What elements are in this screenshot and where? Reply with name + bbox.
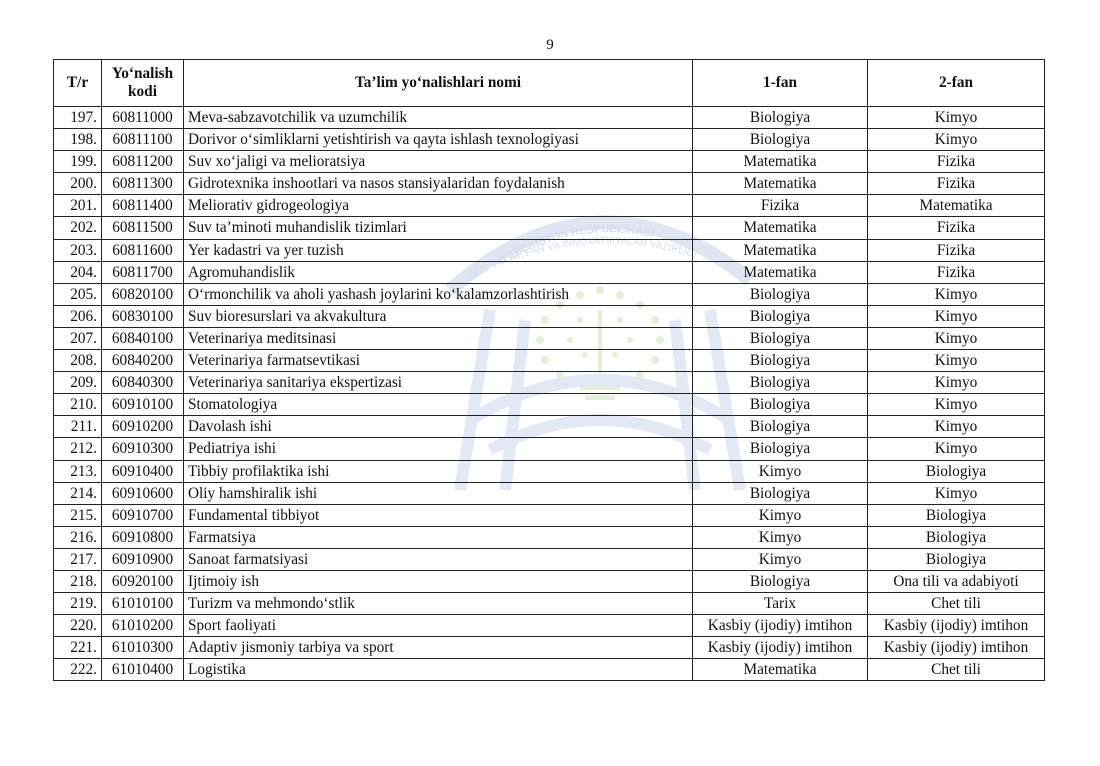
subject-2: Kimyo: [868, 129, 1045, 151]
table-row: 215.60910700Fundamental tibbiyotKimyoBio…: [54, 504, 1045, 526]
table-row: 221.61010300Adaptiv jismoniy tarbiya va …: [54, 637, 1045, 659]
row-number: 200.: [54, 173, 102, 195]
direction-code: 60811700: [102, 261, 184, 283]
direction-code: 61010300: [102, 637, 184, 659]
direction-name: Ijtimoiy ish: [184, 570, 693, 592]
table-body: 197.60811000Meva-sabzavotchilik va uzumc…: [54, 107, 1045, 681]
table-row: 202.60811500Suv ta’minoti muhandislik ti…: [54, 217, 1045, 239]
row-number: 206.: [54, 305, 102, 327]
row-number: 221.: [54, 637, 102, 659]
subject-2: Kimyo: [868, 350, 1045, 372]
header-fan2: 2-fan: [868, 60, 1045, 107]
subject-1: Kasbiy (ijodiy) imtihon: [693, 615, 868, 637]
direction-code: 60910600: [102, 482, 184, 504]
subject-1: Kimyo: [693, 548, 868, 570]
row-number: 208.: [54, 350, 102, 372]
row-number: 203.: [54, 239, 102, 261]
subject-2: Kimyo: [868, 305, 1045, 327]
table-row: 200.60811300Gidrotexnika inshootlari va …: [54, 173, 1045, 195]
table-row: 198.60811100Dorivor o‘simliklarni yetish…: [54, 129, 1045, 151]
subject-1: Biologiya: [693, 327, 868, 349]
row-number: 220.: [54, 615, 102, 637]
direction-name: Suv ta’minoti muhandislik tizimlari: [184, 217, 693, 239]
subject-2: Fizika: [868, 173, 1045, 195]
table-row: 216.60910800FarmatsiyaKimyoBiologiya: [54, 526, 1045, 548]
direction-name: Agromuhandislik: [184, 261, 693, 283]
directions-table: T/r Yo‘nalish kodi Ta’lim yo‘nalishlari …: [53, 59, 1045, 681]
subject-2: Fizika: [868, 217, 1045, 239]
header-fan1: 1-fan: [693, 60, 868, 107]
table-row: 209.60840300Veterinariya sanitariya eksp…: [54, 372, 1045, 394]
direction-code: 61010400: [102, 659, 184, 681]
direction-name: Davolash ishi: [184, 416, 693, 438]
direction-code: 60910100: [102, 394, 184, 416]
subject-2: Kasbiy (ijodiy) imtihon: [868, 615, 1045, 637]
direction-name: Pediatriya ishi: [184, 438, 693, 460]
header-code-line2: kodi: [104, 83, 181, 101]
row-number: 204.: [54, 261, 102, 283]
subject-2: Kimyo: [868, 372, 1045, 394]
subject-2: Kasbiy (ijodiy) imtihon: [868, 637, 1045, 659]
direction-name: Meliorativ gidrogeologiya: [184, 195, 693, 217]
subject-1: Biologiya: [693, 416, 868, 438]
subject-1: Kimyo: [693, 504, 868, 526]
direction-code: 60811500: [102, 217, 184, 239]
direction-code: 60910700: [102, 504, 184, 526]
direction-code: 60811400: [102, 195, 184, 217]
direction-code: 60811100: [102, 129, 184, 151]
subject-1: Biologiya: [693, 570, 868, 592]
direction-code: 60910900: [102, 548, 184, 570]
direction-name: Gidrotexnika inshootlari va nasos stansi…: [184, 173, 693, 195]
row-number: 202.: [54, 217, 102, 239]
direction-name: Veterinariya farmatsevtikasi: [184, 350, 693, 372]
direction-code: 60910300: [102, 438, 184, 460]
direction-name: Adaptiv jismoniy tarbiya va sport: [184, 637, 693, 659]
row-number: 198.: [54, 129, 102, 151]
table-row: 201.60811400Meliorativ gidrogeologiyaFiz…: [54, 195, 1045, 217]
row-number: 199.: [54, 151, 102, 173]
direction-name: Farmatsiya: [184, 526, 693, 548]
subject-1: Kimyo: [693, 460, 868, 482]
direction-name: Dorivor o‘simliklarni yetishtirish va qa…: [184, 129, 693, 151]
table-row: 204.60811700AgromuhandislikMatematikaFiz…: [54, 261, 1045, 283]
direction-code: 61010100: [102, 593, 184, 615]
table-row: 214.60910600Oliy hamshiralik ishiBiologi…: [54, 482, 1045, 504]
subject-2: Biologiya: [868, 460, 1045, 482]
direction-code: 60811200: [102, 151, 184, 173]
subject-2: Kimyo: [868, 394, 1045, 416]
direction-code: 60811300: [102, 173, 184, 195]
direction-name: Sanoat farmatsiyasi: [184, 548, 693, 570]
row-number: 212.: [54, 438, 102, 460]
direction-name: Oliy hamshiralik ishi: [184, 482, 693, 504]
header-name: Ta’lim yo‘nalishlari nomi: [184, 60, 693, 107]
direction-name: Suv xo‘jaligi va melioratsiya: [184, 151, 693, 173]
direction-code: 60840300: [102, 372, 184, 394]
direction-name: Logistika: [184, 659, 693, 681]
table-row: 210.60910100StomatologiyaBiologiyaKimyo: [54, 394, 1045, 416]
subject-2: Biologiya: [868, 526, 1045, 548]
subject-1: Matematika: [693, 173, 868, 195]
subject-2: Kimyo: [868, 438, 1045, 460]
subject-1: Kasbiy (ijodiy) imtihon: [693, 637, 868, 659]
subject-1: Biologiya: [693, 438, 868, 460]
subject-2: Biologiya: [868, 504, 1045, 526]
row-number: 219.: [54, 593, 102, 615]
direction-code: 61010200: [102, 615, 184, 637]
direction-name: Turizm va mehmondo‘stlik: [184, 593, 693, 615]
row-number: 211.: [54, 416, 102, 438]
subject-1: Biologiya: [693, 305, 868, 327]
direction-name: Veterinariya meditsinasi: [184, 327, 693, 349]
header-tr: T/r: [54, 60, 102, 107]
table-row: 217.60910900Sanoat farmatsiyasiKimyoBiol…: [54, 548, 1045, 570]
table-row: 218.60920100Ijtimoiy ishBiologiyaOna til…: [54, 570, 1045, 592]
direction-name: Stomatologiya: [184, 394, 693, 416]
direction-code: 60840200: [102, 350, 184, 372]
table-row: 207.60840100Veterinariya meditsinasiBiol…: [54, 327, 1045, 349]
subject-2: Kimyo: [868, 416, 1045, 438]
direction-code: 60820100: [102, 283, 184, 305]
subject-1: Biologiya: [693, 372, 868, 394]
subject-2: Kimyo: [868, 482, 1045, 504]
subject-1: Biologiya: [693, 482, 868, 504]
subject-2: Kimyo: [868, 327, 1045, 349]
table-row: 213.60910400Tibbiy profilaktika ishiKimy…: [54, 460, 1045, 482]
row-number: 197.: [54, 107, 102, 129]
table-row: 203.60811600Yer kadastri va yer tuzishMa…: [54, 239, 1045, 261]
subject-2: Biologiya: [868, 548, 1045, 570]
subject-2: Ona tili va adabiyoti: [868, 570, 1045, 592]
table-row: 212.60910300Pediatriya ishiBiologiyaKimy…: [54, 438, 1045, 460]
table-row: 208.60840200Veterinariya farmatsevtikasi…: [54, 350, 1045, 372]
row-number: 213.: [54, 460, 102, 482]
table-row: 219.61010100Turizm va mehmondo‘stlikTari…: [54, 593, 1045, 615]
subject-2: Chet tili: [868, 593, 1045, 615]
row-number: 214.: [54, 482, 102, 504]
table-row: 205.60820100O‘rmonchilik va aholi yashas…: [54, 283, 1045, 305]
subject-2: Kimyo: [868, 107, 1045, 129]
table-row: 199.60811200Suv xo‘jaligi va melioratsiy…: [54, 151, 1045, 173]
table-row: 220.61010200Sport faoliyatiKasbiy (ijodi…: [54, 615, 1045, 637]
subject-1: Fizika: [693, 195, 868, 217]
row-number: 222.: [54, 659, 102, 681]
subject-1: Biologiya: [693, 129, 868, 151]
direction-name: O‘rmonchilik va aholi yashash joylarini …: [184, 283, 693, 305]
direction-code: 60910200: [102, 416, 184, 438]
table-row: 197.60811000Meva-sabzavotchilik va uzumc…: [54, 107, 1045, 129]
header-code-line1: Yo‘nalish: [104, 65, 181, 83]
subject-1: Biologiya: [693, 394, 868, 416]
subject-1: Biologiya: [693, 107, 868, 129]
direction-code: 60830100: [102, 305, 184, 327]
subject-2: Chet tili: [868, 659, 1045, 681]
direction-code: 60811000: [102, 107, 184, 129]
row-number: 207.: [54, 327, 102, 349]
table-row: 222.61010400LogistikaMatematikaChet tili: [54, 659, 1045, 681]
direction-name: Veterinariya sanitariya ekspertizasi: [184, 372, 693, 394]
direction-name: Sport faoliyati: [184, 615, 693, 637]
direction-code: 60920100: [102, 570, 184, 592]
row-number: 210.: [54, 394, 102, 416]
subject-1: Matematika: [693, 659, 868, 681]
row-number: 215.: [54, 504, 102, 526]
table-row: 211.60910200Davolash ishiBiologiyaKimyo: [54, 416, 1045, 438]
direction-code: 60910800: [102, 526, 184, 548]
header-code: Yo‘nalish kodi: [102, 60, 184, 107]
direction-code: 60910400: [102, 460, 184, 482]
direction-name: Yer kadastri va yer tuzish: [184, 239, 693, 261]
page-number: 9: [0, 36, 1100, 54]
subject-1: Matematika: [693, 151, 868, 173]
subject-2: Fizika: [868, 261, 1045, 283]
row-number: 201.: [54, 195, 102, 217]
row-number: 205.: [54, 283, 102, 305]
subject-1: Tarix: [693, 593, 868, 615]
direction-name: Tibbiy profilaktika ishi: [184, 460, 693, 482]
subject-2: Kimyo: [868, 283, 1045, 305]
direction-name: Suv bioresurslari va akvakultura: [184, 305, 693, 327]
table-header-row: T/r Yo‘nalish kodi Ta’lim yo‘nalishlari …: [54, 60, 1045, 107]
direction-name: Meva-sabzavotchilik va uzumchilik: [184, 107, 693, 129]
row-number: 209.: [54, 372, 102, 394]
row-number: 216.: [54, 526, 102, 548]
direction-code: 60811600: [102, 239, 184, 261]
subject-1: Matematika: [693, 239, 868, 261]
subject-1: Biologiya: [693, 350, 868, 372]
table-row: 206.60830100Suv bioresurslari va akvakul…: [54, 305, 1045, 327]
subject-1: Biologiya: [693, 283, 868, 305]
subject-2: Fizika: [868, 239, 1045, 261]
direction-code: 60840100: [102, 327, 184, 349]
direction-name: Fundamental tibbiyot: [184, 504, 693, 526]
subject-1: Matematika: [693, 261, 868, 283]
row-number: 217.: [54, 548, 102, 570]
subject-2: Fizika: [868, 151, 1045, 173]
subject-2: Matematika: [868, 195, 1045, 217]
subject-1: Matematika: [693, 217, 868, 239]
subject-1: Kimyo: [693, 526, 868, 548]
row-number: 218.: [54, 570, 102, 592]
